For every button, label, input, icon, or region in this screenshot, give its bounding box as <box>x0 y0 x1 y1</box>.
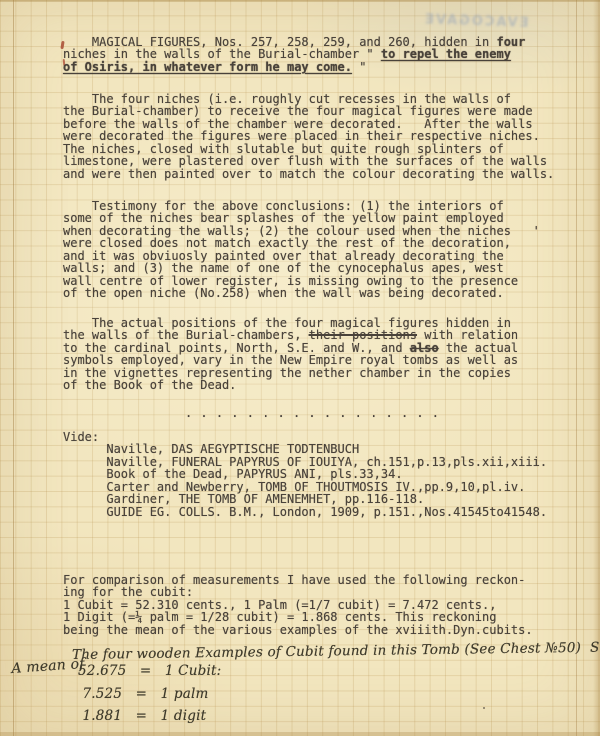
text-line: 52.675 = 1 Cubit: <box>78 660 221 683</box>
text-line: and were then painted over to match the … <box>63 168 554 180</box>
plain-text: " <box>352 60 366 74</box>
plain-text: of the Book of the Dead. <box>63 378 236 392</box>
margin-rule-left <box>13 0 14 736</box>
mirrored-ink-offset-stamp: EVACOGAVE <box>423 12 529 31</box>
emphasized-text: of Osiris, in whatever form he may come. <box>63 60 352 74</box>
paper-edge-bottom <box>0 732 600 736</box>
plain-text: 7.525 = 1 palm <box>78 686 209 702</box>
paper-edge-top <box>0 0 600 2</box>
text-line: The four wooden Examples of Cubit found … <box>72 641 600 661</box>
paragraph-positions: The actual positions of the four magical… <box>63 317 518 392</box>
scanned-document-page: EVACOGAVE MAGICAL FIGURES, Nos. 257, 258… <box>0 0 600 736</box>
paper-edge-right <box>593 0 600 736</box>
plain-text: GUIDE EG. COLLS. B.M., London, 1909, p.1… <box>63 505 547 519</box>
plain-text: being the mean of the various examples o… <box>63 623 533 637</box>
plain-text: and were then painted over to match the … <box>63 167 554 181</box>
plain-text: 1.881 = 1 digit <box>78 708 206 724</box>
text-line: ................. <box>185 407 447 419</box>
stray-ink-dot <box>483 707 485 709</box>
text-line: of Osiris, in whatever form he may come.… <box>63 61 525 73</box>
text-line: 7.525 = 1 palm <box>78 683 221 706</box>
text-line: GUIDE EG. COLLS. B.M., London, 1909, p.1… <box>63 506 547 518</box>
handwritten-cubit-table: 52.675 = 1 Cubit: 7.525 = 1 palm 1.881 =… <box>78 660 221 728</box>
paragraph-niches: The four niches (i.e. roughly cut recess… <box>63 93 554 180</box>
plain-text: 52.675 = 1 Cubit: <box>78 663 221 679</box>
paragraph-testimony: Testimony for the above conclusions: (1)… <box>63 200 540 300</box>
text-line: of the Book of the Dead. <box>63 379 518 391</box>
vide-references: Vide: Naville, DAS AEGYPTISCHE TODTENBUC… <box>63 431 547 518</box>
text-line: being the mean of the various examples o… <box>63 624 533 636</box>
plain-text: ................. <box>185 406 447 420</box>
text-line: 1.881 = 1 digit <box>78 705 221 728</box>
heading-paragraph: MAGICAL FIGURES, Nos. 257, 258, 259, and… <box>63 36 525 73</box>
emphasized-text: to repel the enemy <box>381 47 511 61</box>
margin-rule-right <box>576 0 577 736</box>
handwritten-mean-label: A mean of <box>11 658 85 676</box>
text-line: of the open niche (No.258) when the wall… <box>63 287 540 299</box>
handwritten-note: The four wooden Examples of Cubit found … <box>72 641 600 661</box>
plain-text: A mean of <box>11 656 85 677</box>
text-line: A mean of <box>11 658 85 676</box>
plain-text: of the open niche (No.258) when the wall… <box>63 286 504 300</box>
dotted-separator: ................. <box>185 407 447 419</box>
paragraph-cubit-reckoning: For comparison of measurements I have us… <box>63 574 533 636</box>
